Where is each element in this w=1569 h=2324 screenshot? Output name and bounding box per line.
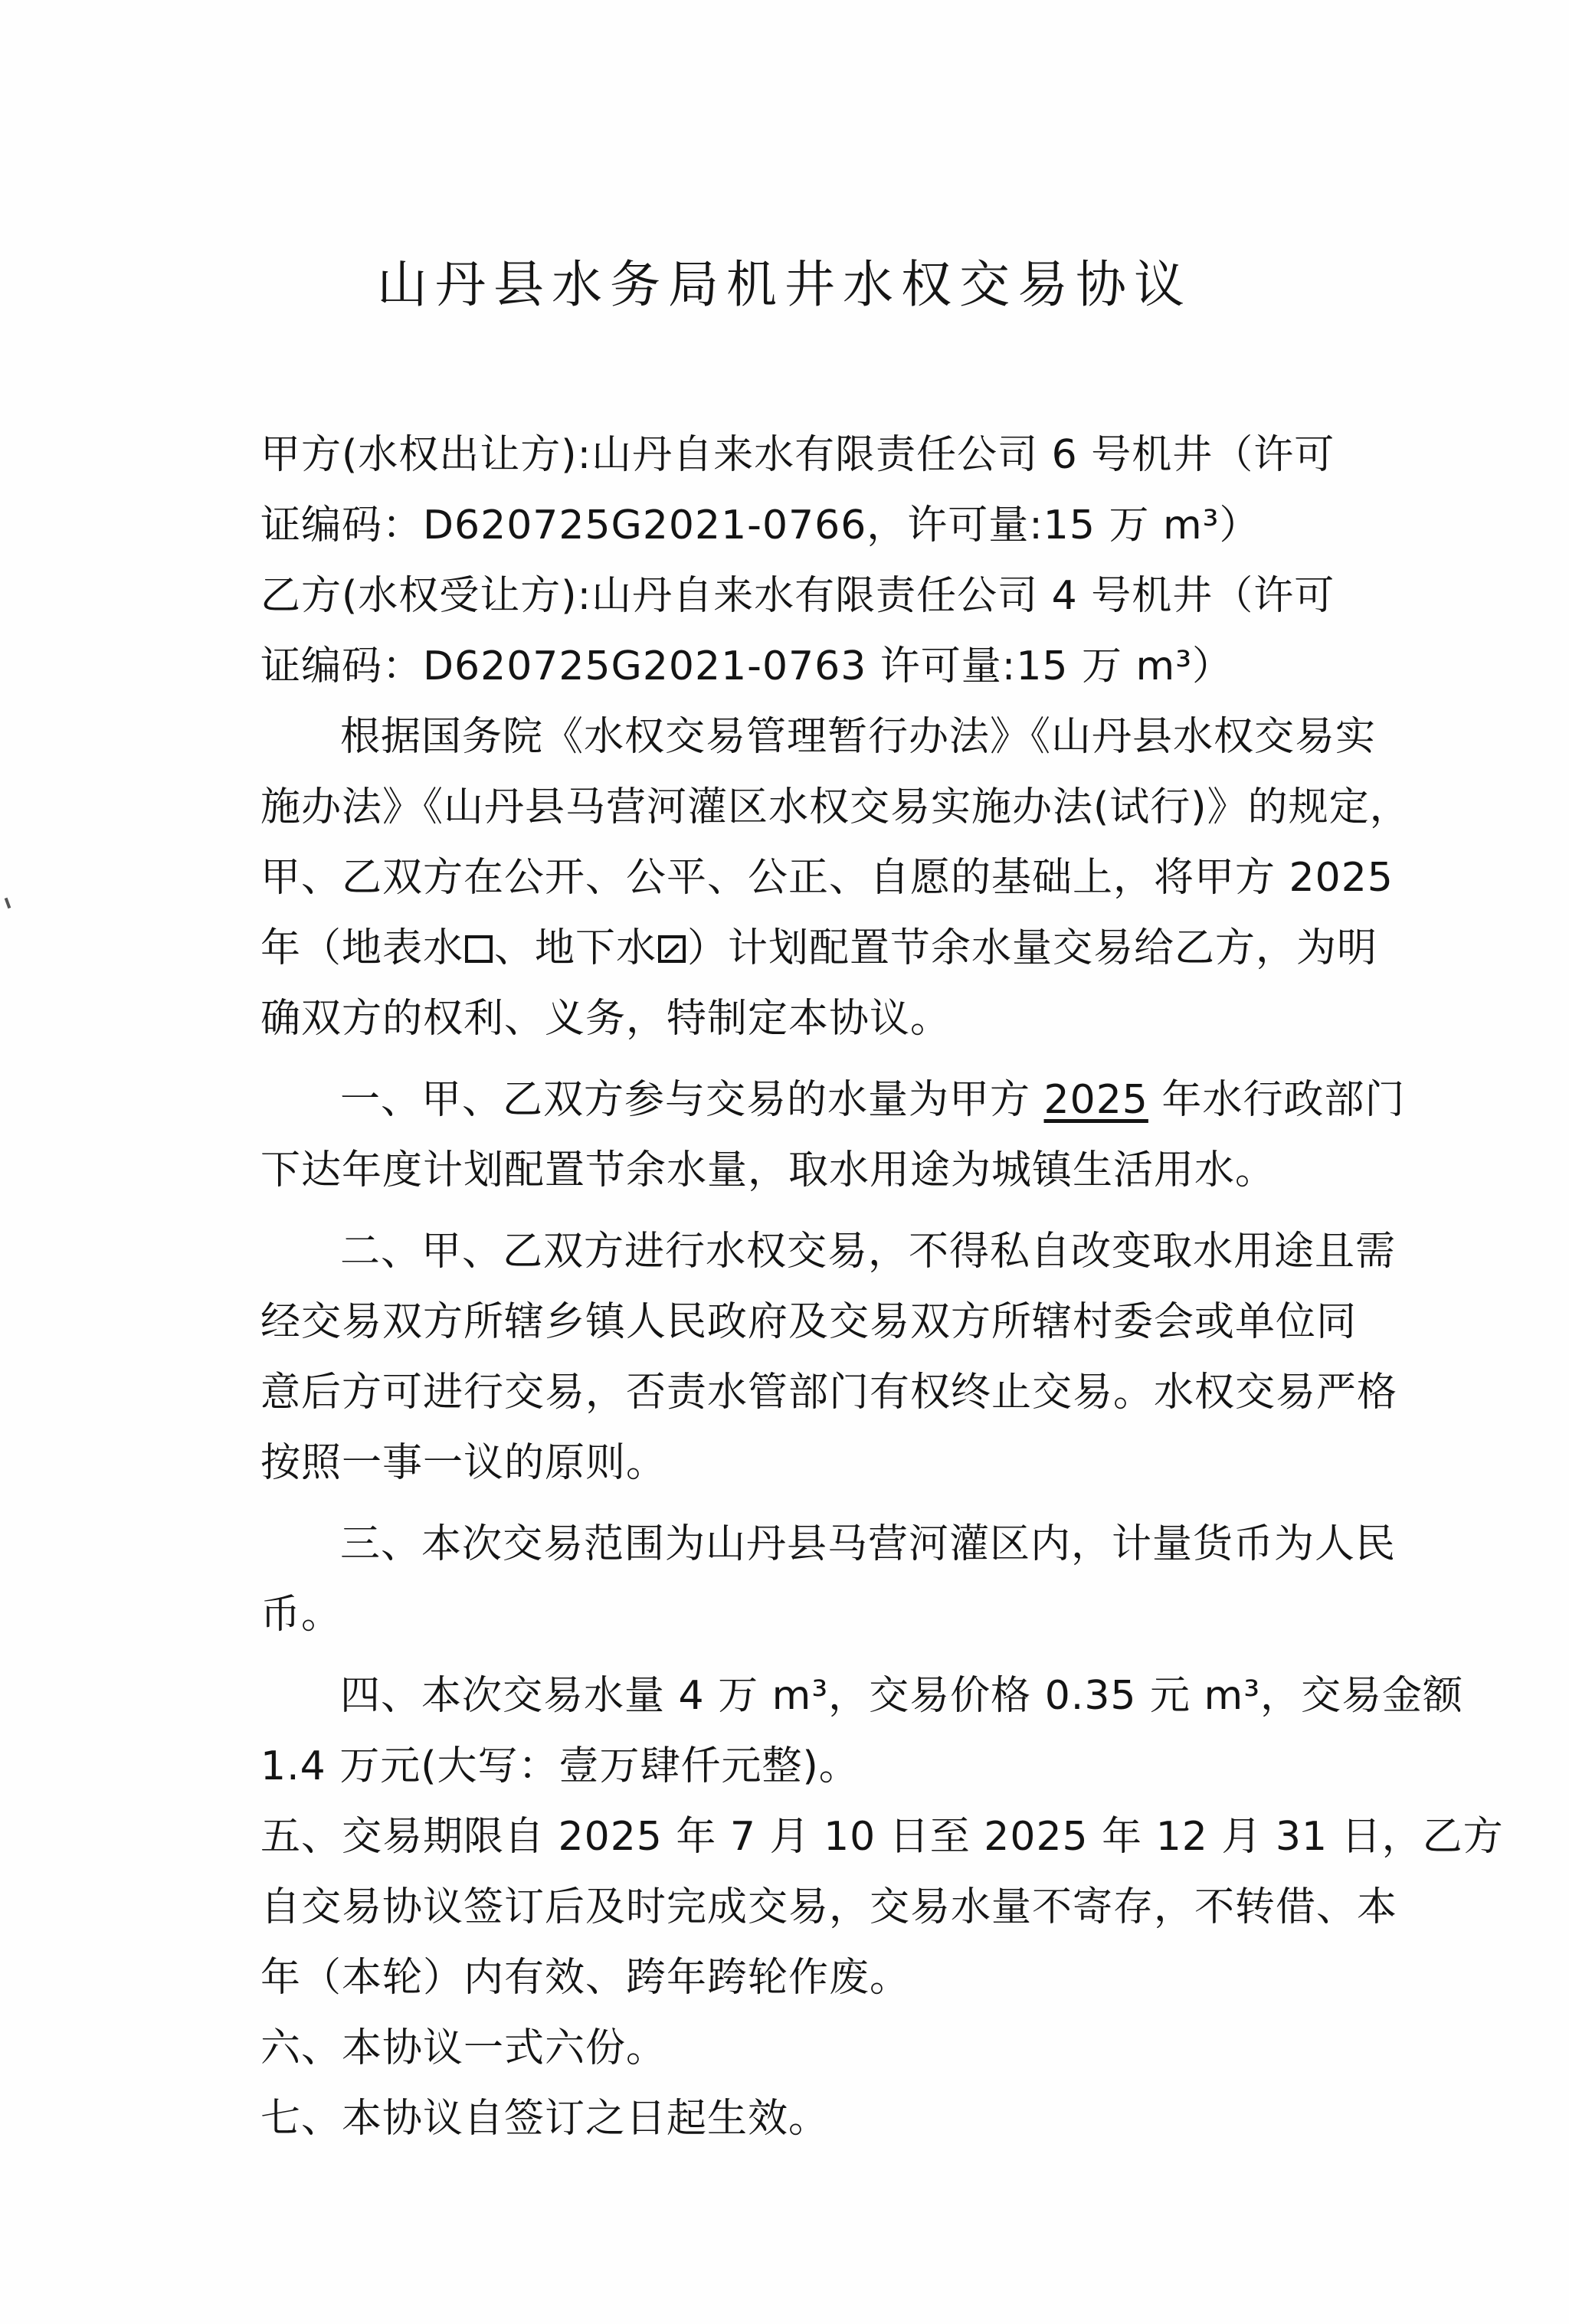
- clause-6: 六、本协议一式六份。: [260, 2013, 1333, 2083]
- party-b-line-2: 证编码：D620725G2021-0763 许可量:15 万 m³）: [260, 631, 1333, 702]
- clause-1-line-1: 一、甲、乙双方参与交易的水量为甲方 2025 年水行政部门: [260, 1065, 1333, 1135]
- clause-2: 二、甲、乙双方进行水权交易，不得私自改变取水用途且需 经交易双方所辖乡镇人民政府…: [260, 1216, 1333, 1498]
- preamble-line-4: 年（地表水、地下水）计划配置节余水量交易给乙方，为明: [260, 913, 1333, 984]
- groundwater-checkbox-checked-icon: [658, 935, 686, 963]
- clause-1-line-1-part-b: 年水行政部门: [1148, 1077, 1406, 1123]
- preamble-line-3: 甲、乙双方在公开、公平、公正、自愿的基础上，将甲方 2025: [260, 843, 1333, 913]
- clause-6-line-1: 六、本协议一式六份。: [260, 2013, 1333, 2083]
- preamble-line-5: 确双方的权利、义务，特制定本协议。: [260, 984, 1333, 1054]
- preamble-line-4-part-a: 年（地表水: [260, 925, 463, 971]
- clause-5: 五、交易期限自 2025 年 7 月 10 日至 2025 年 12 月 31 …: [260, 1802, 1333, 2013]
- clause-2-line-3: 意后方可进行交易，否责水管部门有权终止交易。水权交易严格: [260, 1357, 1333, 1428]
- clause-3-line-1: 三、本次交易范围为山丹县马营河灌区内，计量货币为人民: [260, 1509, 1333, 1579]
- clause-5-line-2: 自交易协议签订后及时完成交易，交易水量不寄存，不转借、本: [260, 1872, 1333, 1943]
- clause-2-line-4: 按照一事一议的原则。: [260, 1428, 1333, 1498]
- document-page: 山丹县水务局机井水权交易协议 甲方(水权出让方):山丹自来水有限责任公司 6 号…: [0, 0, 1569, 2324]
- preamble: 根据国务院《水权交易管理暂行办法》《山丹县水权交易实 施办法》《山丹县马营河灌区…: [260, 702, 1333, 1054]
- preamble-line-2: 施办法》《山丹县马营河灌区水权交易实施办法(试行)》的规定，: [260, 772, 1333, 843]
- clause-5-line-3: 年（本轮）内有效、跨年跨轮作废。: [260, 1943, 1333, 2013]
- clause-4-line-2: 1.4 万元(大写：壹万肆仟元整)。: [260, 1731, 1333, 1802]
- clause-4-line-1: 四、本次交易水量 4 万 m³，交易价格 0.35 元 m³，交易金额: [260, 1661, 1333, 1731]
- clause-1-line-2: 下达年度计划配置节余水量，取水用途为城镇生活用水。: [260, 1135, 1333, 1206]
- clause-7: 七、本协议自签订之日起生效。: [260, 2083, 1333, 2154]
- party-b: 乙方(水权受让方):山丹自来水有限责任公司 4 号机井（许可 证编码：D6207…: [260, 561, 1333, 702]
- clause-2-line-1: 二、甲、乙双方进行水权交易，不得私自改变取水用途且需: [260, 1216, 1333, 1287]
- clause-3: 三、本次交易范围为山丹县马营河灌区内，计量货币为人民 币。: [260, 1509, 1333, 1650]
- clause-7-line-1: 七、本协议自签订之日起生效。: [260, 2083, 1333, 2154]
- surface-water-checkbox-unchecked-icon: [465, 935, 493, 963]
- document-title: 山丹县水务局机井水权交易协议: [0, 244, 1569, 316]
- clause-3-line-2: 币。: [260, 1579, 1333, 1650]
- party-a-line-1: 甲方(水权出让方):山丹自来水有限责任公司 6 号机井（许可: [260, 420, 1333, 490]
- clause-2-line-2: 经交易双方所辖乡镇人民政府及交易双方所辖村委会或单位同: [260, 1287, 1333, 1357]
- clause-1: 一、甲、乙双方参与交易的水量为甲方 2025 年水行政部门 下达年度计划配置节余…: [260, 1065, 1333, 1206]
- document-body: 甲方(水权出让方):山丹自来水有限责任公司 6 号机井（许可 证编码：D6207…: [260, 420, 1333, 2154]
- party-a-line-2: 证编码：D620725G2021-0766，许可量:15 万 m³）: [260, 490, 1333, 561]
- party-a: 甲方(水权出让方):山丹自来水有限责任公司 6 号机井（许可 证编码：D6207…: [260, 420, 1333, 561]
- preamble-line-4-part-c: ）计划配置节余水量交易给乙方，为明: [687, 925, 1377, 971]
- preamble-line-1: 根据国务院《水权交易管理暂行办法》《山丹县水权交易实: [260, 702, 1333, 772]
- party-b-line-1: 乙方(水权受让方):山丹自来水有限责任公司 4 号机井（许可: [260, 561, 1333, 631]
- clause-5-line-1: 五、交易期限自 2025 年 7 月 10 日至 2025 年 12 月 31 …: [260, 1802, 1333, 1872]
- clause-1-line-1-part-a: 一、甲、乙双方参与交易的水量为甲方: [340, 1077, 1044, 1123]
- clause-1-year-underlined: 2025: [1044, 1077, 1148, 1123]
- preamble-line-4-part-b: 、地下水: [494, 925, 657, 971]
- scan-artifact-mark: [5, 898, 11, 909]
- clause-4: 四、本次交易水量 4 万 m³，交易价格 0.35 元 m³，交易金额 1.4 …: [260, 1661, 1333, 1802]
